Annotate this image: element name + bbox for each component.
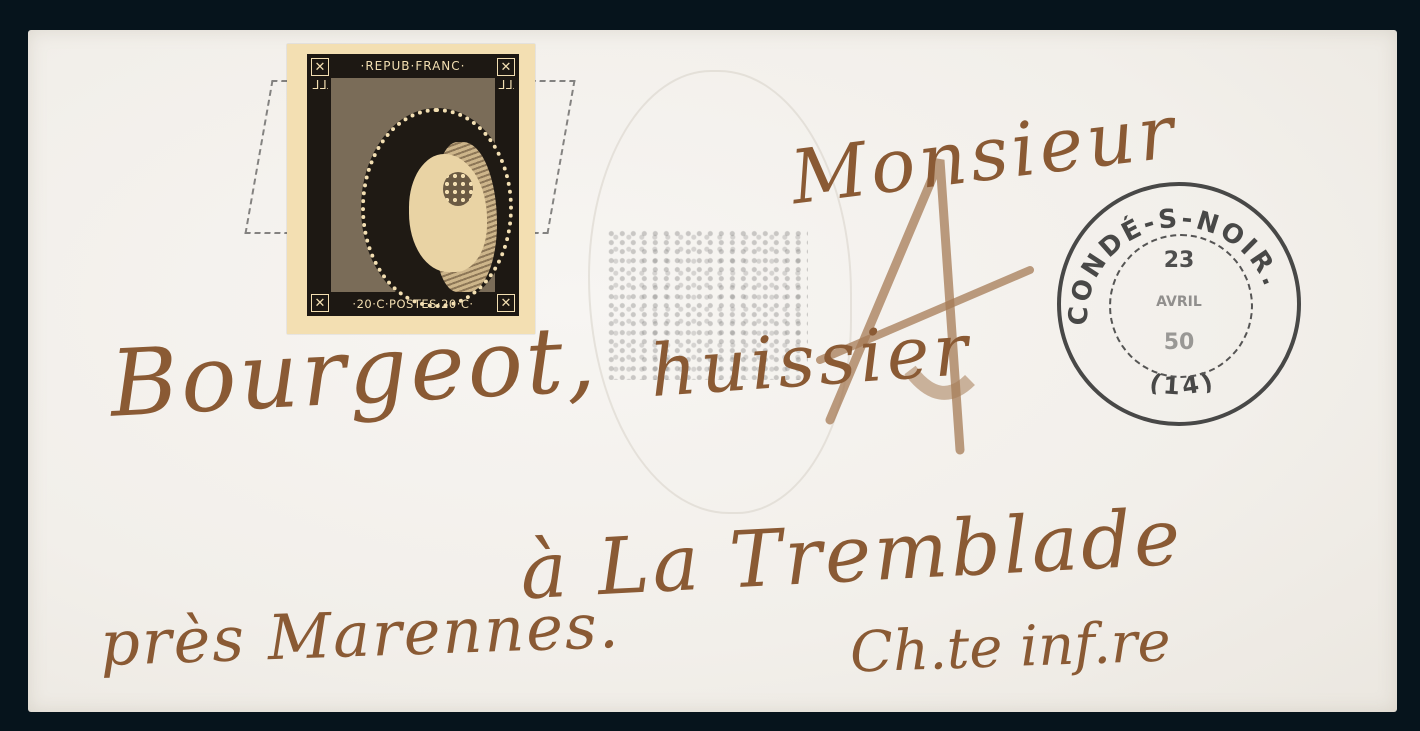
stamp-corner-x-icon: ✕ [311, 58, 329, 76]
date-postmark: CONDÉ-S-NOIR. (14) 23 AVRIL 50 [1057, 182, 1301, 426]
stamp-frame: ✕ ✕ ✕ ✕ ·REPUB·FRANC· ᒧᒧᒧᒧᒧᒧᒧᒧᒧᒧᒧᒧᒧ ᒧᒧᒧᒧ… [307, 54, 519, 316]
stamp-corner-x-icon: ✕ [497, 58, 515, 76]
postmark-year: 50 [1061, 330, 1297, 355]
stamp-top-legend: ·REPUB·FRANC· [331, 56, 495, 76]
stamp-left-fret: ᒧᒧᒧᒧᒧᒧᒧᒧᒧᒧᒧᒧᒧ [312, 78, 328, 292]
stamp-medallion [361, 108, 513, 308]
postmark-day: 23 [1061, 248, 1297, 273]
stamp-corner-x-icon: ✕ [311, 294, 329, 312]
grape-cluster-icon [443, 172, 473, 206]
stamp-vignette [331, 78, 495, 292]
address-department: Ch.te inf.re [849, 609, 1172, 685]
postmark-month: AVRIL [1061, 294, 1297, 310]
ceres-stamp: ✕ ✕ ✕ ✕ ·REPUB·FRANC· ᒧᒧᒧᒧᒧᒧᒧᒧᒧᒧᒧᒧᒧ ᒧᒧᒧᒧ… [287, 44, 535, 334]
